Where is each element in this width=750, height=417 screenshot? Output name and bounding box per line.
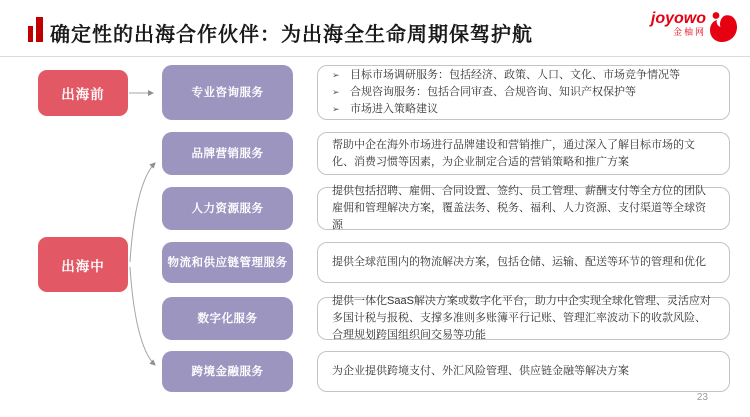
bullet-item: ➢ 目标市场调研服务：包括经济、政策、人口、文化、市场竞争情况等 — [332, 67, 715, 84]
accent-bar-small — [28, 26, 33, 42]
bullet-arrow-icon: ➢ — [332, 84, 350, 101]
stage-box-overseas: 出海中 — [38, 237, 128, 292]
bullet-item: ➢ 市场进入策略建议 — [332, 101, 715, 118]
desc-box-brand-marketing: 帮助中企在海外市场进行品牌建设和营销推广，通过深入了解目标市场的文化、消费习惯等… — [317, 132, 730, 175]
arrow-mid-to-brand — [130, 163, 155, 262]
bullet-text: 目标市场调研服务：包括经济、政策、人口、文化、市场竞争情况等 — [350, 67, 680, 84]
logo-subbrand-name: 金柚网 — [651, 27, 706, 38]
bullet-item: ➢ 合规咨询服务：包括合同审查、合规咨询、知识产权保护等 — [332, 84, 715, 101]
service-box-finance: 跨境金融服务 — [162, 351, 293, 392]
bullet-arrow-icon: ➢ — [332, 67, 350, 84]
desc-text: 提供一体化SaaS解决方案或数字化平台，助力中企实现全球化管理、灵活应对多国计税… — [332, 293, 715, 344]
desc-text: 提供全球范围内的物流解决方案，包括仓储、运输、配送等环节的管理和优化 — [332, 254, 715, 271]
bullet-text: 市场进入策略建议 — [350, 101, 438, 118]
service-box-digital: 数字化服务 — [162, 297, 293, 340]
desc-text: 为企业提供跨境支付、外汇风险管理、供应链金融等解决方案 — [332, 363, 715, 380]
desc-box-consulting: ➢ 目标市场调研服务：包括经济、政策、人口、文化、市场竞争情况等 ➢ 合规咨询服… — [317, 65, 730, 120]
logo-text: joyowo 金柚网 — [651, 11, 706, 38]
desc-box-finance: 为企业提供跨境支付、外汇风险管理、供应链金融等解决方案 — [317, 351, 730, 392]
logo-brand-name: joyowo — [651, 11, 706, 27]
bullet-text: 合规咨询服务：包括合同审查、合规咨询、知识产权保护等 — [350, 84, 636, 101]
joyowo-logo: joyowo 金柚网 — [638, 9, 738, 49]
desc-text: 帮助中企在海外市场进行品牌建设和营销推广，通过深入了解目标市场的文化、消费习惯等… — [332, 137, 715, 171]
page-number: 23 — [697, 392, 708, 403]
service-box-brand-marketing: 品牌营销服务 — [162, 132, 293, 175]
bullet-arrow-icon: ➢ — [332, 101, 350, 118]
pomelo-flame-icon — [708, 10, 738, 49]
service-box-consulting: 专业咨询服务 — [162, 65, 293, 120]
accent-bar-large — [36, 17, 43, 42]
arrow-mid-to-finance — [130, 267, 155, 365]
service-box-logistics: 物流和供应链管理服务 — [162, 242, 293, 283]
page-title: 确定性的出海合作伙伴：为出海全生命周期保驾护航 — [50, 18, 650, 47]
desc-text: 提供包括招聘、雇佣、合同设置、签约、员工管理、薪酬支付等全方位的团队雇佣和管理解… — [332, 183, 715, 234]
desc-box-hr: 提供包括招聘、雇佣、合同设置、签约、员工管理、薪酬支付等全方位的团队雇佣和管理解… — [317, 187, 730, 230]
stage-box-pre-departure: 出海前 — [38, 70, 128, 116]
header-divider — [0, 56, 750, 57]
desc-box-logistics: 提供全球范围内的物流解决方案，包括仓储、运输、配送等环节的管理和优化 — [317, 242, 730, 283]
service-box-hr: 人力资源服务 — [162, 187, 293, 230]
slide: 确定性的出海合作伙伴：为出海全生命周期保驾护航 joyowo 金柚网 出海前 出… — [0, 0, 750, 417]
desc-box-digital: 提供一体化SaaS解决方案或数字化平台，助力中企实现全球化管理、灵活应对多国计税… — [317, 297, 730, 340]
